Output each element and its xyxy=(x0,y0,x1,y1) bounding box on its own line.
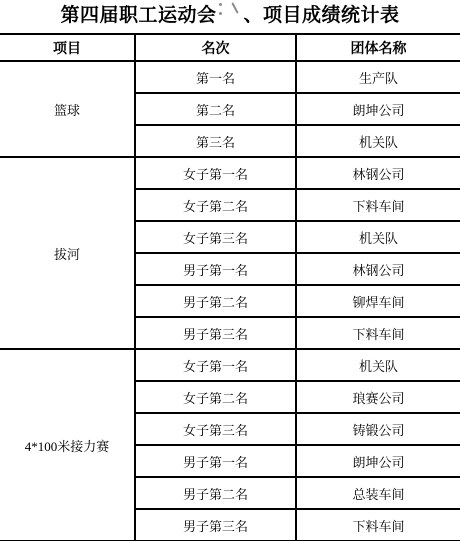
faint-stroke-icon xyxy=(231,2,238,14)
rank-cell: 男子第一名 xyxy=(135,253,296,285)
rank-cell: 女子第一名 xyxy=(135,349,296,381)
event-cell: 篮球 xyxy=(0,61,135,157)
team-cell: 朗坤公司 xyxy=(296,445,460,477)
team-cell: 林钢公司 xyxy=(296,253,460,285)
rank-cell: 男子第三名 xyxy=(135,509,296,541)
title-suffix: 、项目成绩统计表 xyxy=(244,5,400,26)
table-row: 拔河女子第一名林钢公司 xyxy=(0,157,460,189)
team-cell: 朗坤公司 xyxy=(296,93,460,125)
rank-cell: 女子第二名 xyxy=(135,381,296,413)
table-body: 篮球第一名生产队第二名朗坤公司第三名机关队拔河女子第一名林钢公司女子第二名下料车… xyxy=(0,61,460,541)
rank-cell: 女子第三名 xyxy=(135,413,296,445)
col-header-rank: 名次 xyxy=(135,34,296,61)
title-prefix: 第四届职工运动会 xyxy=(60,5,216,26)
team-cell: 琅赛公司 xyxy=(296,381,460,413)
team-cell: 下料车间 xyxy=(296,509,460,541)
rank-cell: 女子第二名 xyxy=(135,189,296,221)
rank-cell: 男子第一名 xyxy=(135,445,296,477)
table-header: 项目 名次 团体名称 xyxy=(0,34,460,61)
team-cell: 下料车间 xyxy=(296,189,460,221)
team-cell: 林钢公司 xyxy=(296,157,460,189)
rank-cell: 第二名 xyxy=(135,93,296,125)
page-title: 第四届职工运动会、项目成绩统计表 xyxy=(0,0,460,33)
team-cell: 铆焊车间 xyxy=(296,285,460,317)
results-table: 项目 名次 团体名称 篮球第一名生产队第二名朗坤公司第三名机关队拔河女子第一名林… xyxy=(0,33,460,541)
rank-cell: 男子第三名 xyxy=(135,317,296,349)
rank-cell: 女子第三名 xyxy=(135,221,296,253)
team-cell: 总装车间 xyxy=(296,477,460,509)
faint-dot-icon xyxy=(219,12,222,15)
rank-cell: 男子第二名 xyxy=(135,477,296,509)
rank-cell: 女子第一名 xyxy=(135,157,296,189)
table-row: 4*100米接力赛女子第一名机关队 xyxy=(0,349,460,381)
team-cell: 机关队 xyxy=(296,221,460,253)
team-cell: 机关队 xyxy=(296,125,460,157)
col-header-event: 项目 xyxy=(0,34,135,61)
team-cell: 下料车间 xyxy=(296,317,460,349)
team-cell: 机关队 xyxy=(296,349,460,381)
rank-cell: 第一名 xyxy=(135,61,296,93)
document-page: 第四届职工运动会、项目成绩统计表 项目 名次 团体名称 篮球第一名生产队第二名朗… xyxy=(0,0,460,541)
faint-dot-icon xyxy=(219,3,222,6)
header-row: 项目 名次 团体名称 xyxy=(0,34,460,61)
rank-cell: 男子第二名 xyxy=(135,285,296,317)
col-header-team: 团体名称 xyxy=(296,34,460,61)
event-cell: 拔河 xyxy=(0,157,135,349)
rank-cell: 第三名 xyxy=(135,125,296,157)
table-row: 篮球第一名生产队 xyxy=(0,61,460,93)
team-cell: 生产队 xyxy=(296,61,460,93)
title-artifact-marks xyxy=(217,1,244,21)
team-cell: 铸锻公司 xyxy=(296,413,460,445)
event-cell: 4*100米接力赛 xyxy=(0,349,135,541)
